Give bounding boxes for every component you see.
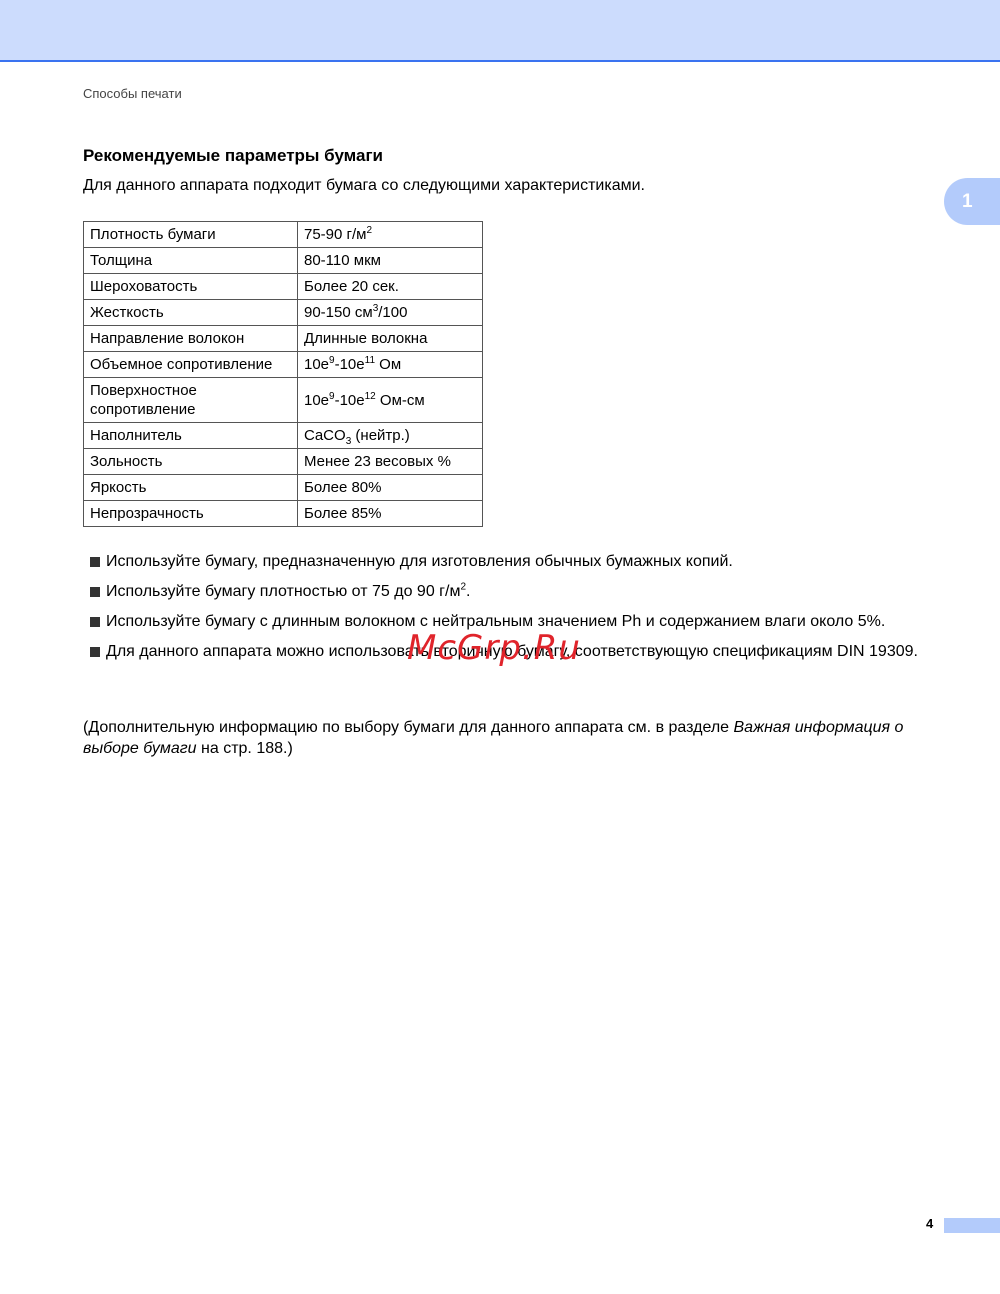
- page-number: 4: [926, 1216, 933, 1231]
- param-cell: Объемное сопротивление: [84, 352, 298, 378]
- param-cell: Плотность бумаги: [84, 222, 298, 248]
- cross-reference-note: (Дополнительную информацию по выбору бум…: [83, 717, 943, 759]
- square-bullet-icon: [90, 617, 100, 627]
- param-cell: Зольность: [84, 449, 298, 475]
- table-row: Поверхностное сопротивление 10e9-10e12 О…: [84, 378, 483, 423]
- table-row: Непрозрачность Более 85%: [84, 501, 483, 527]
- param-cell: Толщина: [84, 248, 298, 274]
- value-cell: 10e9-10e12 Ом-см: [298, 378, 483, 423]
- table-row: Жесткость 90-150 см3/100: [84, 300, 483, 326]
- value-cell: Длинные волокна: [298, 326, 483, 352]
- param-cell: Шероховатость: [84, 274, 298, 300]
- paper-spec-table: Плотность бумаги 75-90 г/м2 Толщина 80-1…: [83, 221, 483, 527]
- table-row: Шероховатость Более 20 сек.: [84, 274, 483, 300]
- table-row: Направление волокон Длинные волокна: [84, 326, 483, 352]
- page-number-bar: [944, 1218, 1000, 1233]
- param-cell: Поверхностное сопротивление: [84, 378, 298, 423]
- running-head: Способы печати: [83, 86, 182, 101]
- chapter-number: 1: [962, 191, 973, 213]
- value-cell: Более 20 сек.: [298, 274, 483, 300]
- table-row: Толщина 80-110 мкм: [84, 248, 483, 274]
- value-cell: 10e9-10e11 Ом: [298, 352, 483, 378]
- chapter-tab: 1: [944, 178, 1000, 225]
- param-cell: Яркость: [84, 475, 298, 501]
- value-cell: 80-110 мкм: [298, 248, 483, 274]
- table-row: Плотность бумаги 75-90 г/м2: [84, 222, 483, 248]
- intro-text: Для данного аппарата подходит бумага со …: [83, 177, 645, 195]
- param-cell: Жесткость: [84, 300, 298, 326]
- param-cell: Наполнитель: [84, 423, 298, 449]
- list-item: Используйте бумагу, предназначенную для …: [88, 552, 948, 572]
- value-cell: 90-150 см3/100: [298, 300, 483, 326]
- square-bullet-icon: [90, 557, 100, 567]
- square-bullet-icon: [90, 587, 100, 597]
- watermark: McGrp.Ru: [407, 628, 581, 668]
- square-bullet-icon: [90, 647, 100, 657]
- section-title: Рекомендуемые параметры бумаги: [83, 146, 383, 166]
- table-row: Объемное сопротивление 10e9-10e11 Ом: [84, 352, 483, 378]
- list-item: Используйте бумагу плотностью от 75 до 9…: [88, 582, 948, 602]
- param-cell: Направление волокон: [84, 326, 298, 352]
- param-cell: Непрозрачность: [84, 501, 298, 527]
- header-band: [0, 0, 1000, 62]
- table-row: Наполнитель CaCO3 (нейтр.): [84, 423, 483, 449]
- value-cell: Менее 23 весовых %: [298, 449, 483, 475]
- value-cell: Более 85%: [298, 501, 483, 527]
- table-row: Зольность Менее 23 весовых %: [84, 449, 483, 475]
- value-cell: CaCO3 (нейтр.): [298, 423, 483, 449]
- table-row: Яркость Более 80%: [84, 475, 483, 501]
- value-cell: 75-90 г/м2: [298, 222, 483, 248]
- value-cell: Более 80%: [298, 475, 483, 501]
